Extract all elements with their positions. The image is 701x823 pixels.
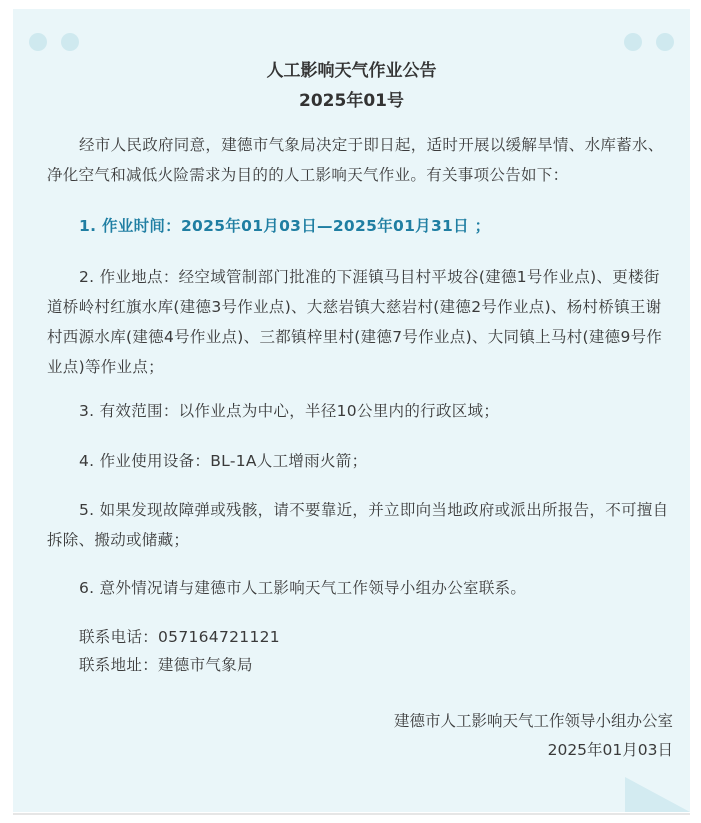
page-title: 人工影响天气作业公告: [13, 56, 690, 81]
announcement-card: 人工影响天气作业公告 2025年01号 经市人民政府同意，建德市气象局决定于即日…: [13, 9, 690, 812]
contact-address: 联系地址：建德市气象局: [47, 650, 675, 680]
contact-phone: 联系电话：057164721121: [47, 622, 675, 652]
item-equipment: 4. 作业使用设备：BL-1A人工增雨火箭；: [47, 446, 675, 476]
signature-date: 2025年01月03日: [548, 738, 673, 760]
item-effective-range: 3. 有效范围：以作业点为中心，半径10公里内的行政区域；: [47, 396, 675, 426]
signature-org: 建德市人工影响天气工作领导小组办公室: [394, 709, 673, 731]
decor-dot-icon: [656, 33, 674, 51]
decor-dot-icon: [61, 33, 79, 51]
item-operation-time: 1. 作业时间：2025年01月03日—2025年01月31日 ；: [47, 211, 675, 241]
card-bottom-border: [13, 813, 690, 815]
item-contact-instructions: 6. 意外情况请与建德市人工影响天气工作领导小组办公室联系。: [47, 573, 675, 603]
decor-dot-icon: [624, 33, 642, 51]
document-number: 2025年01号: [13, 86, 690, 111]
item-operation-location: 2. 作业地点：经空域管制部门批准的下涯镇马目村平坡谷(建德1号作业点)、更楼街…: [47, 262, 675, 382]
item-safety-notice: 5. 如果发现故障弹或残骸，请不要靠近，并立即向当地政府或派出所报告，不可擅自拆…: [47, 495, 675, 555]
decor-dot-icon: [29, 33, 47, 51]
intro-paragraph: 经市人民政府同意，建德市气象局决定于即日起，适时开展以缓解旱情、水库蓄水、净化空…: [47, 130, 675, 190]
page-fold-icon: [625, 777, 690, 812]
